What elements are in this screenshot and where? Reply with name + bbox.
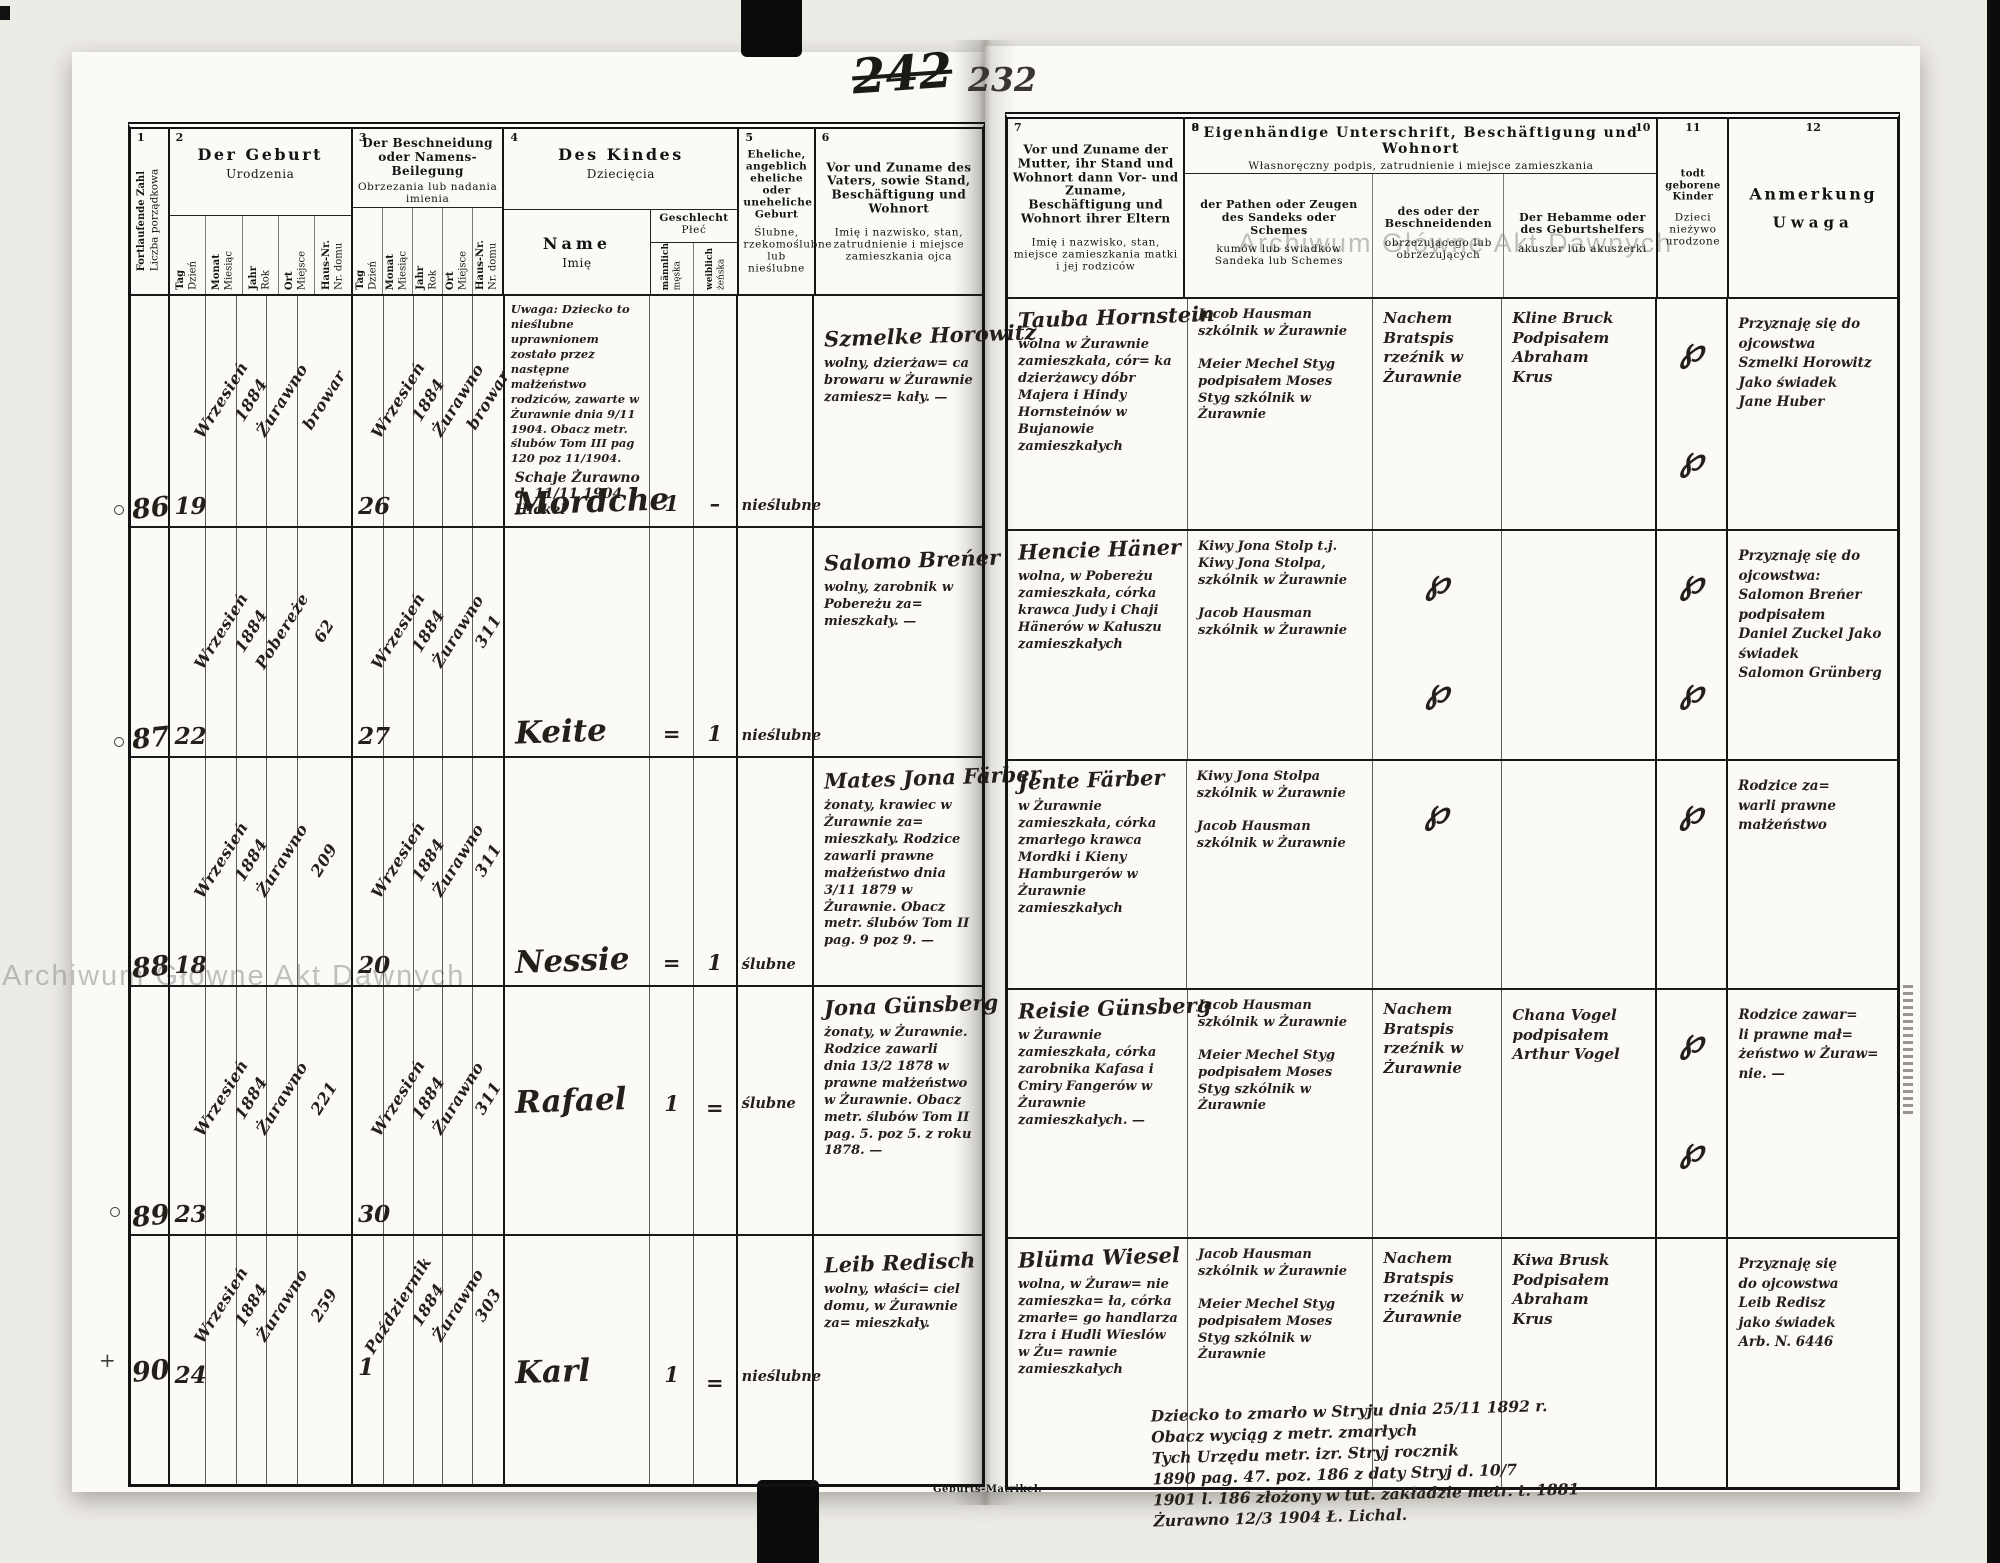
header-label-de: Anmerkung	[1733, 185, 1893, 204]
column-number: 7	[1014, 121, 1022, 134]
father-name: Leib Redisch	[824, 1247, 975, 1278]
midwife-entry: Kiwa Brusk Podpisałem Abraham Krus	[1512, 1251, 1647, 1329]
record-number: 90	[130, 1354, 171, 1389]
column-header-signatures: Eigenhändige Unterschrift, Beschäftigung…	[1185, 119, 1658, 297]
birth-register-table-left: 1 Fortlaufende ZahlLiczba porządkowa 2 D…	[128, 122, 985, 1487]
birth-register-table-right: 7 Vor und Zuname der Mutter, ihr Stand u…	[1005, 112, 1900, 1490]
sex-male-mark: =	[663, 950, 681, 975]
table-header-right: 7 Vor und Zuname der Mutter, ihr Stand u…	[1008, 119, 1897, 297]
header-label-de: Fortlaufende Zahl	[137, 168, 150, 271]
spine-bar-bottom	[757, 1480, 819, 1563]
witness-entry: Kiwy Jona Stolp t.j. Kiwy Jona Stolpa, s…	[1198, 539, 1364, 590]
witness-entry: Jacob Hausman szkólnik w Żurawnie	[1198, 606, 1364, 640]
birth-day: 18	[175, 952, 207, 979]
subcolumn-year: JahrRok	[413, 208, 443, 294]
remark-entry: Przyznaję się do ojcowstwa Szmelki Horow…	[1728, 299, 1897, 413]
circumciser-flourish: ℘ ℘	[1373, 531, 1501, 718]
column-header-circumcision: 3 Der Beschneidung oder Namens-Beilegung…	[353, 129, 505, 294]
sex-female-mark: 1	[708, 721, 723, 746]
father-details: wolny, dzierżaw= ca browaru w Żurawnie z…	[824, 356, 974, 407]
mother-name: Reisie Günsberg	[1018, 993, 1180, 1025]
circumciser-entry: Nachem Bratspis rzeźnik w Żurawnie	[1383, 1000, 1493, 1078]
father-name: Salomo Breńer	[824, 545, 975, 576]
column-header-serial: 1 Fortlaufende ZahlLiczba porządkowa	[131, 129, 170, 294]
table-row: Jente Färberw Żurawnie zamieszkała, córk…	[1008, 759, 1897, 988]
stillborn-flourish: ℘	[1657, 761, 1727, 839]
column-header-remark: 12 Anmerkung Uwaga	[1729, 119, 1897, 297]
record-number: 88	[130, 950, 171, 985]
death-annotation: Dziecko to zmarło w Stryju dnia 25/11 18…	[1150, 1386, 1953, 1532]
table-row: Hencie Hänerwolna, w Pobereżu zamieszkał…	[1008, 529, 1897, 759]
table-row: 90 24 Wrzesień 1884 Żurawno 259 1 Paździ…	[131, 1234, 982, 1484]
midwife-entry: Kline Bruck Podpisałem Abraham Krus	[1512, 309, 1647, 387]
page-number-crossed: 242	[850, 43, 954, 106]
printer-imprint-smudge	[1903, 985, 1913, 1115]
birth-day: 22	[175, 723, 207, 750]
sex-male-mark: 1	[664, 1091, 679, 1116]
remark-entry: Przyznaję się do ojcowstwa: Salomon Breń…	[1728, 531, 1897, 684]
header-label-pl: Ślubne, rzekomoślubne lub nieślubne	[743, 227, 809, 275]
birth-house: 209	[307, 840, 342, 880]
column-number: 4	[510, 131, 518, 144]
margin-mark	[110, 1207, 120, 1217]
father-name: Szmelke Horowitz	[824, 321, 975, 352]
subcolumn-female: weiblichżeńska	[694, 243, 737, 294]
subcolumn-day: TagDzień	[353, 208, 383, 294]
remark-entry: Przyznaję się do ojcowstwa Leib Redisz j…	[1728, 1239, 1897, 1353]
header-label-pl: Imię i nazwisko, stan, zatrudnienie i mi…	[820, 226, 978, 262]
legitimacy-entry: nieślubne	[742, 727, 821, 744]
header-label-de: Eigenhändige Unterschrift, Beschäftigung…	[1185, 125, 1656, 157]
column-header-birth: 2 Der GeburtUrodzenia TagDzień MonatMies…	[170, 129, 353, 294]
father-details: żonaty, krawiec w Żurawnie za= mieszkały…	[824, 798, 974, 950]
header-label-de: Vor und Zuname des Vaters, sowie Stand, …	[820, 161, 978, 216]
circumciser-entry: Nachem Bratspis rzeźnik w Żurawnie	[1383, 1249, 1493, 1327]
table-row: Tauba Hornsteinwolna w Żurawnie zamieszk…	[1008, 297, 1897, 529]
header-label-pl: Własnoręczny podpis, zatrudnienie i miej…	[1185, 160, 1656, 172]
witness-entry: Meier Mechel Styg podpisałem Moses Styg …	[1198, 357, 1364, 425]
sex-male-mark: 1	[664, 491, 679, 516]
legitimacy-entry: ślubne	[742, 956, 796, 973]
subcolumn-midwife: 10 Der Hebamme oder des Geburtshelfers a…	[1504, 174, 1660, 297]
name-note: Uwaga: Dziecko to nieślubne uprawnionem …	[505, 296, 650, 466]
mother-name: Blüma Wiesel	[1018, 1242, 1180, 1274]
record-number: 86	[130, 491, 171, 526]
scan-edge-dot	[0, 6, 10, 20]
subcolumn-year: JahrRok	[243, 216, 279, 294]
birth-house: 259	[307, 1286, 342, 1326]
column-number: 10	[1635, 121, 1650, 134]
subcolumn-month: MonatMiesiąc	[383, 208, 413, 294]
witness-entry: Meier Mechel Styg podpisałem Moses Styg …	[1198, 1048, 1364, 1116]
mother-name: Jente Färber	[1018, 764, 1179, 796]
margin-plus-mark: +	[99, 1348, 116, 1372]
father-name: Jona Günsberg	[824, 990, 975, 1021]
child-name: Nessie	[514, 941, 630, 981]
witness-entry: Jacob Hausman szkólnik w Żurawnie	[1198, 1247, 1364, 1281]
mother-details: w Żurawnie zamieszkała, córka zmarłego k…	[1018, 799, 1178, 917]
naming-house: 311	[471, 1078, 506, 1118]
header-label-pl: Dziecięcia	[504, 167, 737, 181]
stillborn-flourish: ℘ ℘	[1657, 299, 1726, 486]
column-number: 6	[822, 131, 830, 144]
spine-bar-top	[741, 0, 802, 57]
column-number: 1	[137, 131, 145, 144]
column-number: 5	[745, 131, 753, 144]
witness-entry: Jacob Hausman szkólnik w Żurawnie	[1197, 819, 1364, 853]
subcolumn-sex: Geschlecht Płeć männlichmęska weiblichże…	[651, 210, 738, 294]
stillborn-flourish: ℘ ℘	[1657, 531, 1726, 718]
header-label-pl: Liczba porządkowa	[149, 168, 161, 271]
column-number: 3	[359, 131, 367, 144]
circumciser-flourish: ℘	[1373, 761, 1501, 839]
remark-entry: Rodzice za= warli prawne małżeństwo	[1728, 761, 1897, 836]
column-header-father: 6 Vor und Zuname des Vaters, sowie Stand…	[816, 129, 982, 294]
header-label-pl: Uwaga	[1733, 214, 1893, 232]
record-number: 87	[130, 721, 171, 756]
subcolumn-house: Haus-Nr.Nr. domu	[315, 216, 350, 294]
header-label-de: Eheliche, angeblich eheliche oder unehel…	[743, 148, 809, 220]
naming-house: 311	[471, 840, 506, 880]
scan-edge-strip	[1987, 0, 2000, 1563]
table-row: 88 18 Wrzesień 1884 Żurawno 209 20 Wrzes…	[131, 756, 982, 985]
birth-house: browar	[299, 367, 350, 433]
header-label-pl: Obrzezania lub nadania imienia	[353, 181, 503, 205]
naming-house: 303	[471, 1286, 506, 1326]
child-name: Rafael	[514, 1081, 627, 1121]
header-label-de: Der Beschneidung oder Namens-Beilegung	[353, 137, 503, 178]
column-header-child: 4 Des KindesDziecięcia Name Imię Geschle…	[504, 129, 739, 294]
column-number: 2	[176, 131, 184, 144]
stillborn-flourish	[1657, 1239, 1726, 1263]
subcolumn-male: männlichmęska	[651, 243, 695, 294]
sex-male-mark: =	[663, 721, 681, 746]
page-number: 232	[968, 60, 1037, 99]
witness-entry: Jacob Hausman szkólnik w Żurawnie	[1198, 307, 1364, 341]
table-row: 86 19 Wrzesień 1884 Żurawno browar 26 Wr…	[131, 294, 982, 526]
legitimacy-entry: ślubne	[742, 1095, 796, 1112]
column-number: 12	[1806, 121, 1821, 134]
father-details: żonaty, w Żurawnie. Rodzice zawarli dnia…	[824, 1025, 974, 1160]
sex-female-mark: 1	[708, 950, 723, 975]
header-label-de: todt geborene Kinder	[1662, 169, 1723, 204]
header-label-de: Vor und Zuname der Mutter, ihr Stand und…	[1012, 144, 1179, 227]
legitimacy-entry: nieślubne	[742, 497, 821, 514]
stillborn-flourish: ℘ ℘	[1657, 990, 1726, 1177]
sex-female-mark: =	[706, 1095, 724, 1120]
birth-house: 62	[310, 616, 338, 646]
table-header-left: 1 Fortlaufende ZahlLiczba porządkowa 2 D…	[131, 129, 982, 294]
witness-entry: Meier Mechel Styg podpisałem Moses Styg …	[1198, 1297, 1364, 1365]
subcolumn-day: TagDzień	[170, 216, 206, 294]
mother-details: wolna, w Pobereżu zamieszkała, córka kra…	[1018, 569, 1179, 653]
midwife-entry: Chana Vogel podpisałem Arthur Vogel	[1512, 1006, 1647, 1065]
child-name: Keite	[514, 712, 607, 751]
subcolumn-godparents: 8 der Pathen oder Zeugen des Sandeks ode…	[1185, 174, 1373, 297]
margin-mark	[114, 505, 124, 515]
mother-details: wolna, w Żuraw= nie zamieszka= ła, córka…	[1018, 1277, 1179, 1378]
sex-male-mark: 1	[664, 1362, 679, 1387]
sex-female-mark: –	[710, 491, 721, 516]
father-name: Mates Jona Färber	[824, 763, 975, 794]
legitimacy-entry: nieślubne	[742, 1368, 821, 1385]
record-number: 89	[130, 1199, 171, 1234]
remark-entry: Rodzice zawar= li prawne mał= żeństwo w …	[1728, 990, 1897, 1084]
witness-entry: Jacob Hausman szkólnik w Żurawnie	[1198, 998, 1364, 1032]
witness-entry: Kiwy Jona Stolpa szkólnik w Żurawnie	[1197, 769, 1364, 803]
subcolumn-circumciser: 9 des oder der Beschneidenden obrzezując…	[1373, 174, 1504, 297]
circumciser-entry: Nachem Bratspis rzeźnik w Żurawnie	[1383, 309, 1493, 387]
birth-day: 19	[175, 493, 207, 520]
birth-day: 24	[175, 1362, 207, 1389]
column-number: 9	[1191, 121, 1199, 134]
father-details: wolny, właści= ciel domu, w Żurawnie za=…	[824, 1282, 974, 1333]
register-scan: 242 232 Archiwum Główne Akt Dawnych Arch…	[0, 0, 2000, 1563]
mother-details: w Żurawnie zamieszkała, córka zarobnika …	[1018, 1028, 1179, 1129]
header-label-de: Des Kindes	[504, 145, 737, 164]
header-label-pl: Dzieci nieżywo urodzone	[1662, 211, 1723, 247]
subcolumn-name: Name Imię	[504, 210, 650, 294]
subcolumn-house: Haus-Nr.Nr. domu	[473, 208, 502, 294]
naming-house: 311	[471, 611, 506, 651]
mother-name: Tauba Hornstein	[1018, 302, 1180, 334]
margin-mark	[114, 737, 124, 747]
column-header-stillborn: 11 todt geborene Kinder Dzieci nieżywo u…	[1658, 119, 1729, 297]
subcolumn-month: MonatMiesiąc	[206, 216, 242, 294]
father-details: wolny, zarobnik w Pobereżu za= mieszkały…	[824, 580, 974, 631]
table-row: 87 22 Wrzesień 1884 Pobereże 62 27 Wrzes…	[131, 526, 982, 756]
sex-female-mark: =	[706, 1370, 724, 1395]
header-label-pl: Imię i nazwisko, stan, miejsce zamieszka…	[1012, 236, 1179, 272]
birth-day: 23	[175, 1201, 207, 1228]
mother-details: wolna w Żurawnie zamieszkała, cór= ka dz…	[1018, 337, 1179, 455]
birth-house: 221	[307, 1078, 342, 1118]
mother-name: Hencie Häner	[1018, 534, 1180, 566]
table-row: 89 23 Wrzesień 1884 Żurawno 221 30 Wrzes…	[131, 985, 982, 1234]
subcolumn-place: OrtMiejsce	[443, 208, 473, 294]
subcolumn-place: OrtMiejsce	[279, 216, 315, 294]
header-label-de: Der Geburt	[170, 145, 351, 164]
child-name: Karl	[514, 1353, 590, 1392]
column-number: 11	[1685, 121, 1700, 134]
column-header-legitimacy: 5 Eheliche, angeblich eheliche oder uneh…	[739, 129, 815, 294]
child-name: Mordche	[514, 481, 669, 522]
column-header-mother: 7 Vor und Zuname der Mutter, ihr Stand u…	[1008, 119, 1185, 297]
naming-day: 1	[358, 1354, 374, 1381]
table-row: Reisie Günsbergw Żurawnie zamieszkała, c…	[1008, 988, 1897, 1237]
header-label-pl: Urodzenia	[170, 167, 351, 181]
